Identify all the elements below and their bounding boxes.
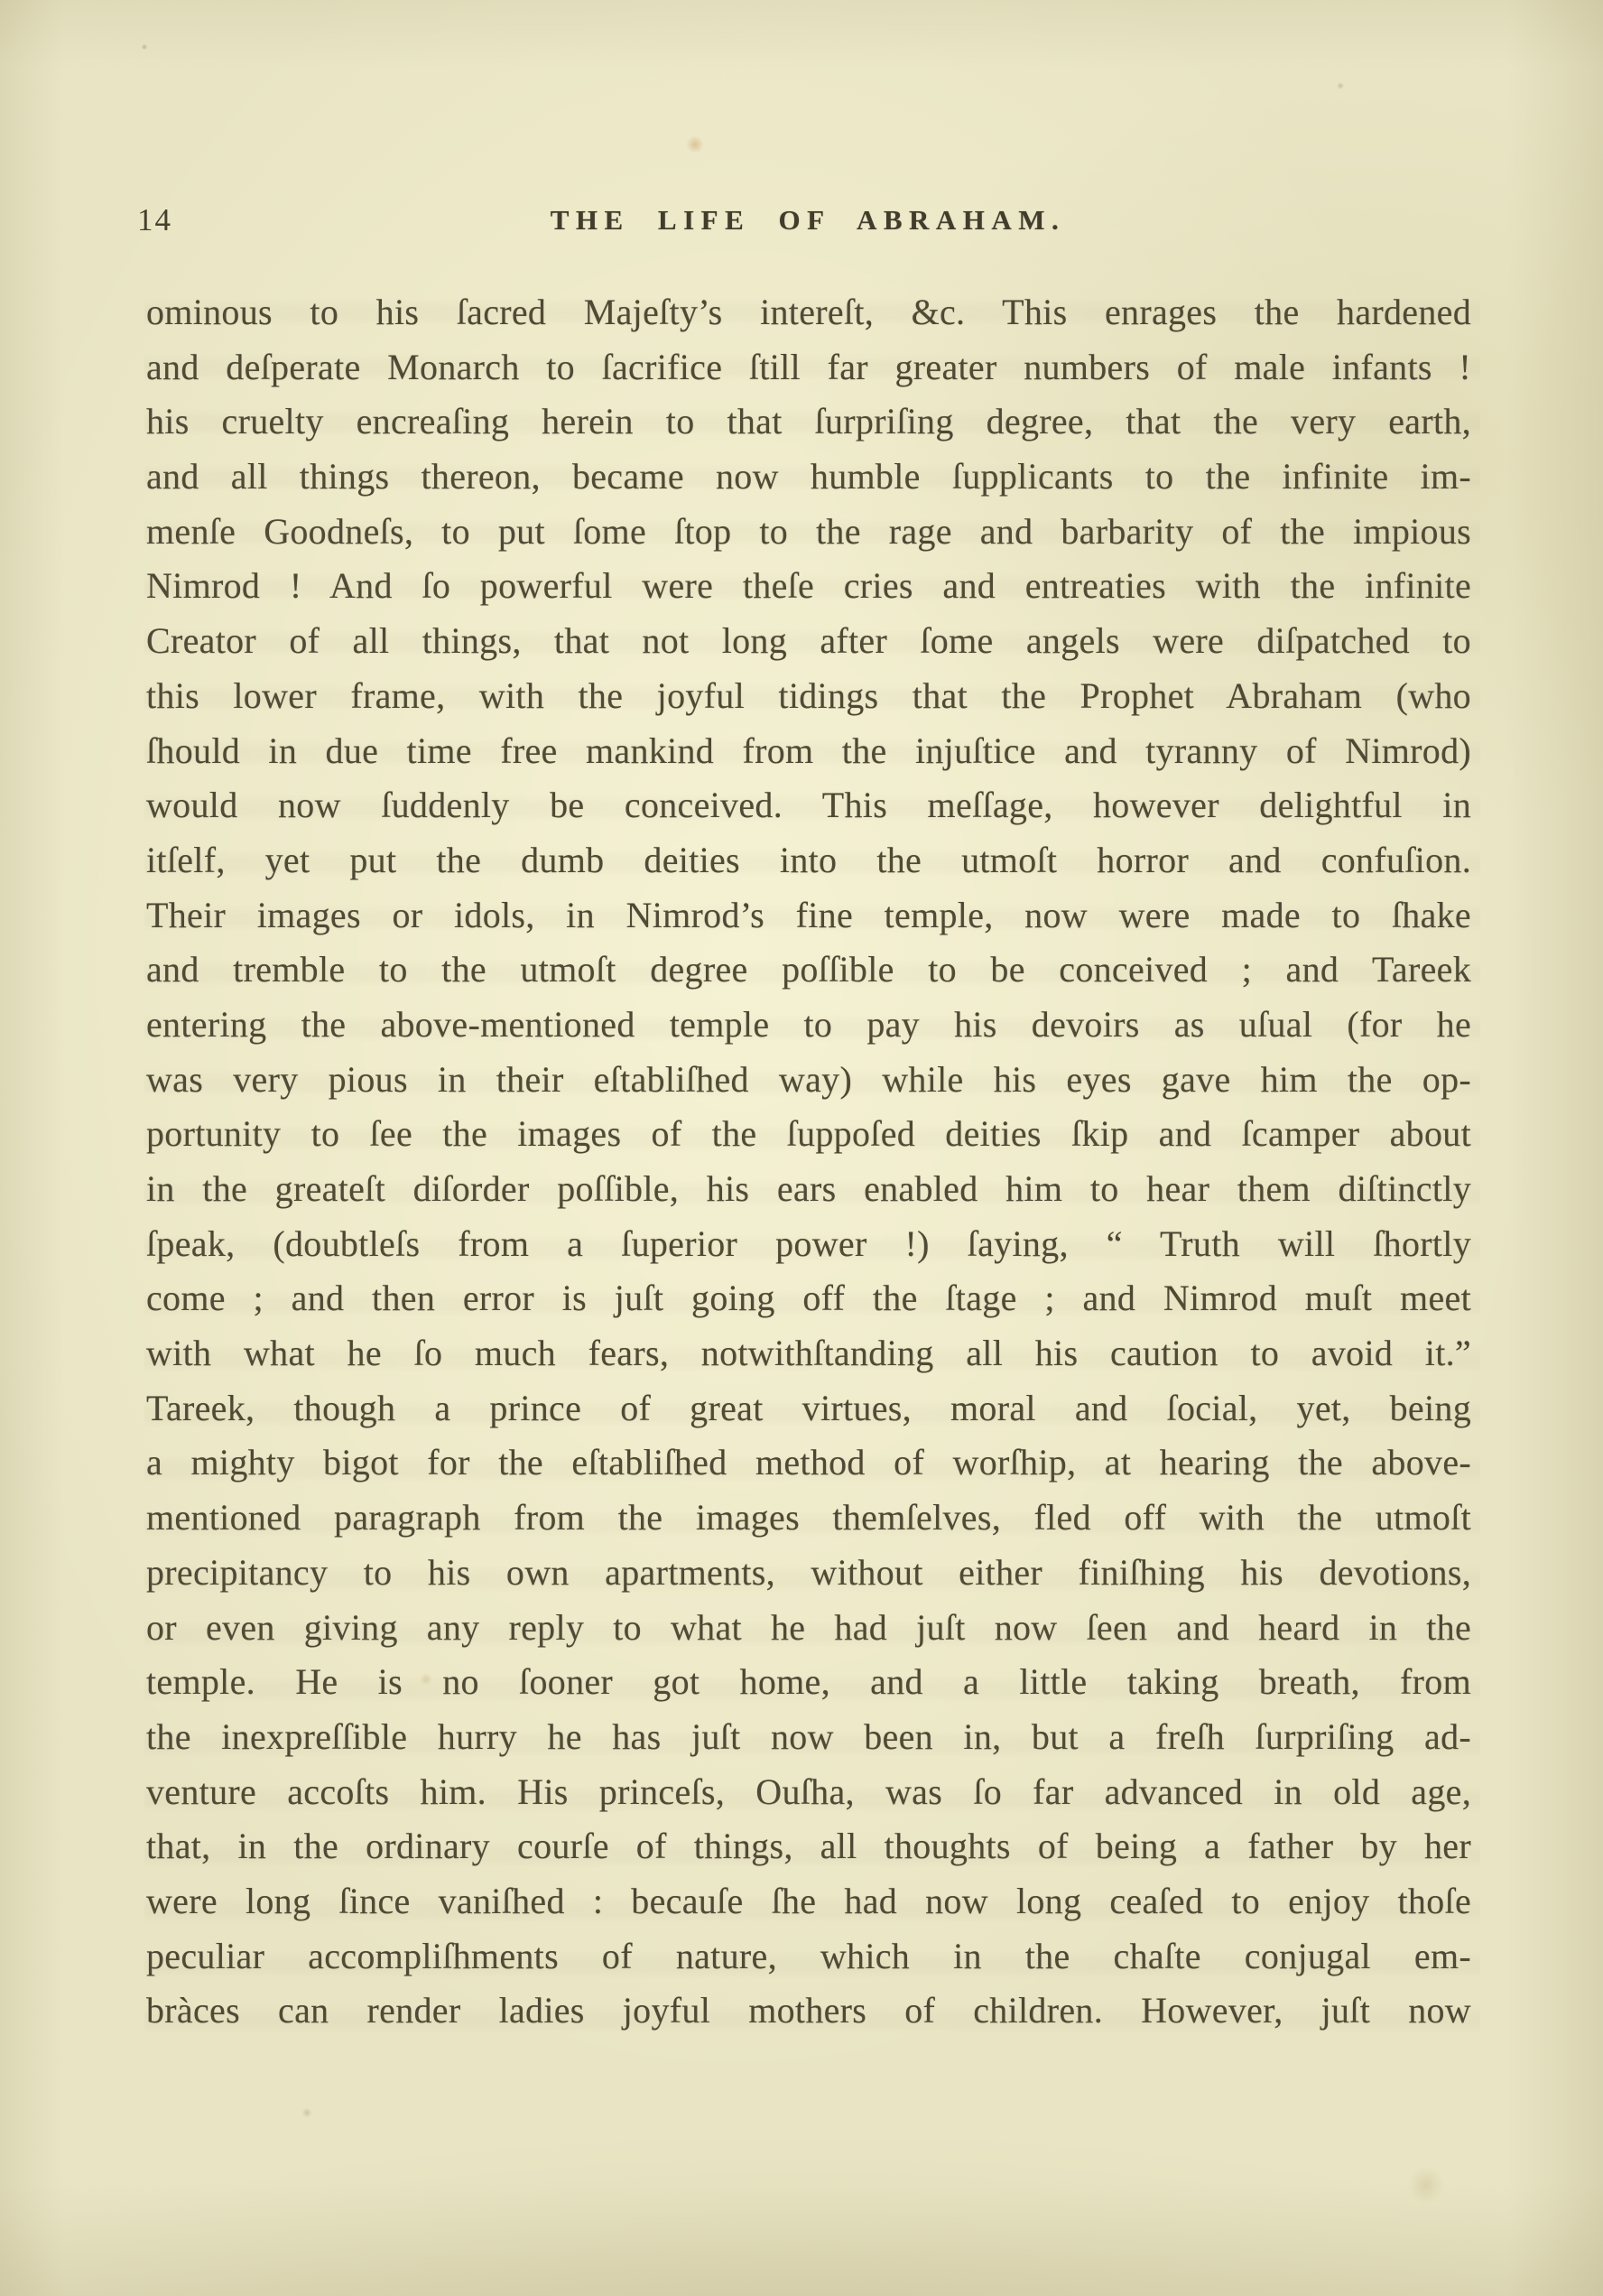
text-line: mentioned paragraph from the images them… xyxy=(146,1491,1471,1546)
text-line: precipitancy to his own apartments, with… xyxy=(146,1546,1471,1601)
text-line: peculiar accompliſhments of nature, whic… xyxy=(146,1929,1471,1985)
text-line: and tremble to the utmoſt degree poſſibl… xyxy=(146,943,1471,998)
text-line: would now ſuddenly be conceived. This me… xyxy=(146,778,1471,833)
text-line: this lower frame, with the joyful tiding… xyxy=(146,669,1471,724)
text-line: ominous to his ſacred Majeſty’s intereſt… xyxy=(146,285,1471,340)
text-line: temple. He is no ſooner got home, and a … xyxy=(146,1655,1471,1710)
body-text-block: ominous to his ſacred Majeſty’s intereſt… xyxy=(146,285,1471,2039)
text-line: in the greateſt diſorder poſſible, his e… xyxy=(146,1162,1471,1217)
text-line: venture accoſts him. His princeſs, Ouſha… xyxy=(146,1765,1471,1820)
text-line: were long ſince vaniſhed : becauſe ſhe h… xyxy=(146,1874,1471,1929)
text-line: Their images or idols, in Nimrod’s fine … xyxy=(146,888,1471,943)
text-line: ſpeak, (doubtleſs from a ſuperior power … xyxy=(146,1217,1471,1272)
text-line: ſhould in due time free mankind from the… xyxy=(146,724,1471,779)
text-line: and deſperate Monarch to ſacrifice ſtill… xyxy=(146,340,1471,395)
text-line: Tareek, though a prince of great virtues… xyxy=(146,1381,1471,1436)
text-line: or even giving any reply to what he had … xyxy=(146,1601,1471,1656)
text-line: come ; and then error is juſt going off … xyxy=(146,1271,1471,1326)
text-line: portunity to ſee the images of the ſuppo… xyxy=(146,1107,1471,1162)
text-line: the inexpreſſible hurry he has juſt now … xyxy=(146,1710,1471,1765)
text-line: itſelf, yet put the dumb deities into th… xyxy=(146,833,1471,888)
text-line: his cruelty encreaſing herein to that ſu… xyxy=(146,395,1471,450)
text-line: with what he ſo much fears, notwithſtand… xyxy=(146,1326,1471,1381)
text-line: a mighty bigot for the eſtabliſhed metho… xyxy=(146,1436,1471,1491)
text-line: was very pious in their eſtabliſhed way)… xyxy=(146,1053,1471,1108)
text-line: menſe Goodneſs, to put ſome ſtop to the … xyxy=(146,505,1471,560)
text-line: bràces can render ladies joyful mothers … xyxy=(146,1984,1471,2039)
book-page-scan: 14 THE LIFE OF ABRAHAM. ominous to his ſ… xyxy=(0,0,1603,2296)
running-title: THE LIFE OF ABRAHAM. xyxy=(144,204,1471,237)
text-line: Creator of all things, that not long aft… xyxy=(146,614,1471,669)
text-line: and all things thereon, became now humbl… xyxy=(146,450,1471,505)
text-line: entering the above-mentioned temple to p… xyxy=(146,998,1471,1053)
text-line: that, in the ordinary courſe of things, … xyxy=(146,1819,1471,1874)
text-line: Nimrod ! And ſo powerful were theſe crie… xyxy=(146,559,1471,614)
